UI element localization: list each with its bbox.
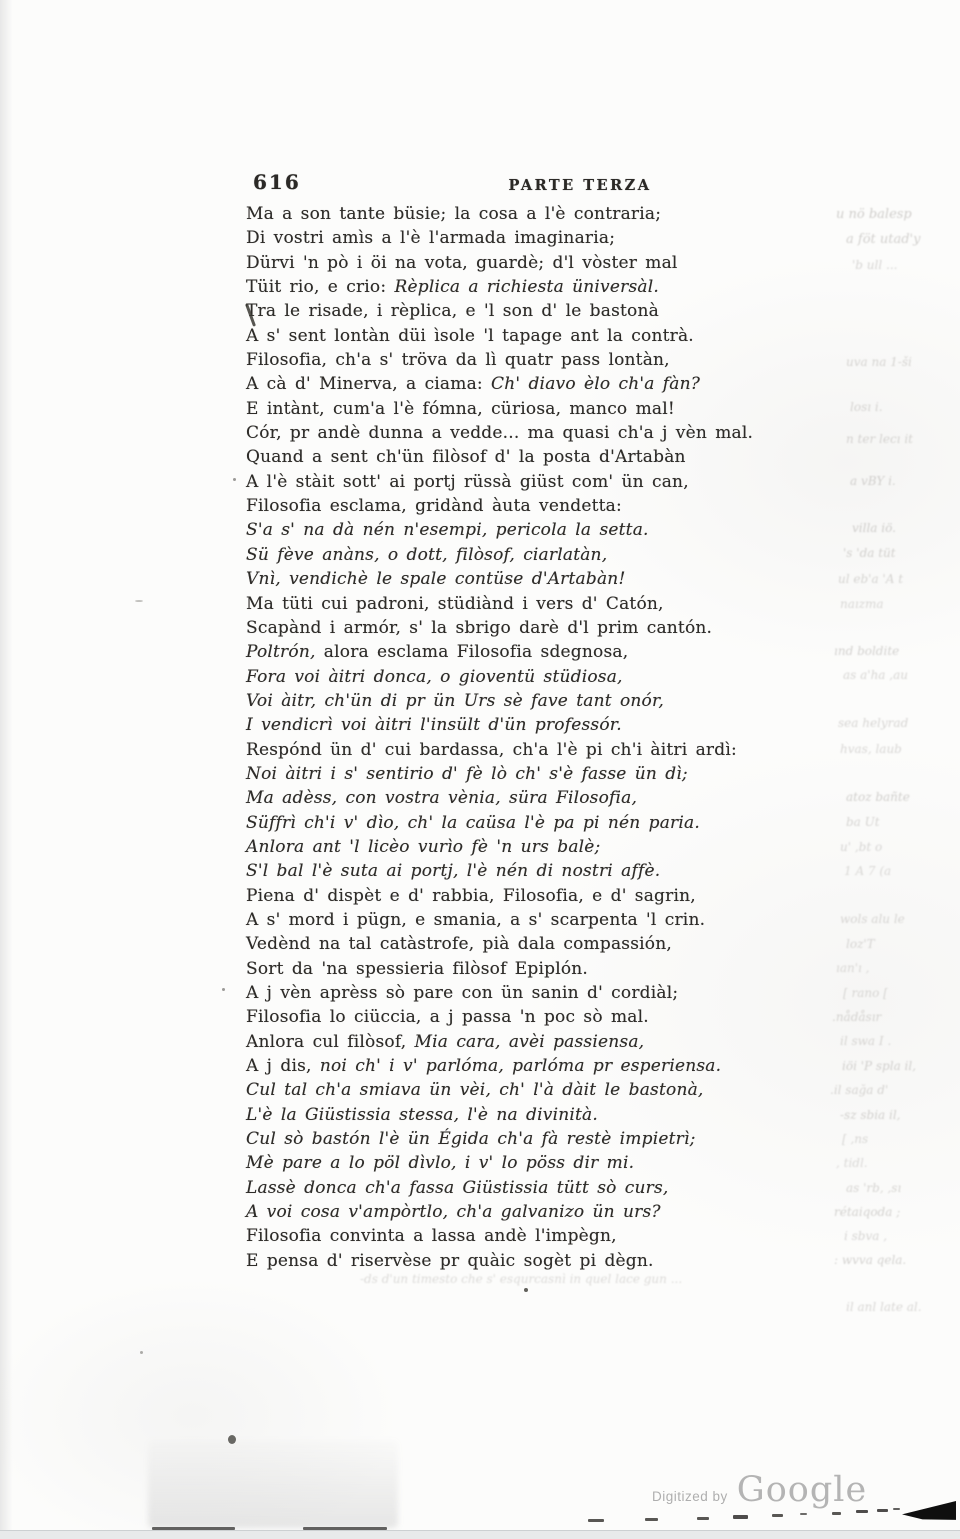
poem-segment-italic: S'l bal l'è suta ai portj, l'è nén di no… [246,861,660,881]
poem-line: A s' sent lontàn düi ìsole 'l tapage ant… [246,324,886,348]
poem-line: Vnì, vendichè le spale contüse d'Artabàn… [246,567,886,591]
ink-speck [524,1288,528,1292]
poem-segment: A j vèn aprèss sò pare con ün sanin d' c… [246,983,678,1003]
ink-speck [222,988,225,991]
poem-line: Scapànd i armór, s' la sbrigo darè d'l p… [246,616,886,640]
poem-line: A s' mord i pügn, e smania, a s' scarpen… [246,908,886,932]
scan-dash-mark [832,1512,841,1515]
poem-segment: Cór, pr andè dunna a vedde... ma quasi c… [246,423,753,443]
poem-line: A j dis, noi ch' i v' parlóma, parlóma p… [246,1054,886,1078]
poem-line: Fora voi àitri donca, o gioventü stüdios… [246,665,886,689]
page-edge-shading [0,0,14,1539]
poem-line: Vedènd na tal catàstrofe, pià dala compa… [246,932,886,956]
poem-line: L'è la Giüstissia stessa, l'è na divinit… [246,1103,886,1127]
poem-line: Tra le risade, i rèplica, e 'l son d' le… [246,299,886,323]
poem-line: A cà d' Minerva, a ciama: Ch' diavo èlo … [246,372,886,396]
poem-segment-italic: Voi àitr, ch'ün di pr ün Urs sè fave tan… [246,691,664,711]
poem-segment-italic: Süffrì ch'i v' dìo, ch' la caüsa l'è pa … [246,813,700,833]
poem-line: Mè pare a lo pöl dìvlo, i v' lo pöss dir… [246,1151,886,1175]
poem-segment-italic: Sü fève anàns, o dott, filòsof, ciarlatà… [246,545,607,565]
poem-segment-italic: Mè pare a lo pöl dìvlo, i v' lo pöss dir… [246,1153,634,1173]
ink-speck [135,600,143,602]
poem-line: E pensa d' riservèse pr quàic sogèt pi d… [246,1249,886,1273]
poem-line: Tüit rio, e crio: Rèplica a richiesta ün… [246,275,886,299]
poem-line: E intànt, cum'a l'è fómna, cüriosa, manc… [246,397,886,421]
poem-segment-italic: Cul tal ch'a smiava ün vèi, ch' l'à dàit… [246,1080,704,1100]
poem-line: Dürvi 'n pò i öi na vota, guardè; d'l vò… [246,251,886,275]
poem-segment: Dürvi 'n pò i öi na vota, guardè; d'l vò… [246,253,678,273]
poem-segment-italic: Lassè donca ch'a fassa Giüstissia tütt s… [246,1178,668,1198]
poem-line: Cul sò bastón l'è ün Égida ch'a fà restè… [246,1127,886,1151]
digitized-by-label: Digitized by [652,1489,728,1504]
poem-line: Filosofia, ch'a s' tröva da lì quatr pas… [246,348,886,372]
poem-line: Poltrón, alora esclama Filosofia sdegnos… [246,640,886,664]
poem-text-block: Ma a son tante büsie; la cosa a l'è cont… [246,202,886,1273]
poem-segment: E pensa d' riservèse pr quàic sogèt pi d… [246,1251,654,1271]
poem-line: Di vostri amìs a l'è l'armada imaginaria… [246,226,886,250]
poem-line: I vendicrì voi àitri l'insült d'ün profe… [246,713,886,737]
poem-segment: Di vostri amìs a l'è l'armada imaginaria… [246,228,615,248]
poem-line: Filosofia esclama, gridànd àuta vendetta… [246,494,886,518]
poem-line: Ma a son tante büsie; la cosa a l'è cont… [246,202,886,226]
poem-line: Anlora ant 'l licèo vurìo fè 'n urs balè… [246,835,886,859]
scanned-book-page: 616 PARTE TERZA Ma a son tante büsie; la… [0,0,960,1539]
poem-segment-italic: Rèplica a richiesta üniversàl. [394,277,658,297]
poem-segment-italic: Noi àitri i s' sentirio d' fè lò ch' s'è… [246,764,688,784]
poem-segment: A s' sent lontàn düi ìsole 'l tapage ant… [246,326,694,346]
poem-segment-italic: Ch' diavo èlo ch'a fàn? [491,374,700,394]
poem-line: A voi cosa v'ampòrtlo, ch'a galvanizo ün… [246,1200,886,1224]
poem-line: Sü fève anàns, o dott, filòsof, ciarlatà… [246,543,886,567]
poem-segment-italic: L'è la Giüstissia stessa, l'è na divinit… [246,1105,598,1125]
scan-dash-mark [645,1518,658,1521]
poem-segment-italic: Vnì, vendichè le spale contüse d'Artabàn… [246,569,625,589]
poem-segment: Ma tüti cui padroni, stüdiànd i vers d' … [246,594,664,614]
poem-segment: Anlora cul filòsof, [246,1032,415,1052]
next-page-edge-band [0,1530,960,1539]
poem-segment: Tüit rio, e crio: [246,277,394,297]
ink-speck [140,1351,143,1354]
poem-segment: Quand a sent ch'ün filòsof d' la posta d… [246,447,686,467]
poem-segment: Vedènd na tal catàstrofe, pià dala compa… [246,934,672,954]
poem-segment: A s' mord i pügn, e smania, a s' scarpen… [246,910,705,930]
poem-line: Anlora cul filòsof, Mia cara, avèi passi… [246,1030,886,1054]
poem-segment: Piena d' dispèt e d' rabbia, Filosofia, … [246,886,696,906]
scan-shadow-blob [148,1440,398,1528]
bleed-through-text: il anl late al. [846,1300,922,1314]
scan-dash-mark [772,1514,783,1517]
poem-line: Respónd ün d' cui bardassa, ch'a l'è pi … [246,738,886,762]
scan-dash-mark [893,1508,900,1510]
poem-line: A j vèn aprèss sò pare con ün sanin d' c… [246,981,886,1005]
poem-segment-italic: Poltrón, [246,642,316,662]
poem-line: Cór, pr andè dunna a vedde... ma quasi c… [246,421,886,445]
poem-line: Sort da 'na spessieria filòsof Epiplón. [246,957,886,981]
poem-segment: Sort da 'na spessieria filòsof Epiplón. [246,959,588,979]
scan-dash-mark [856,1510,868,1513]
poem-segment-italic: noi ch' i v' parlóma, parlóma pr esperie… [320,1056,721,1076]
poem-segment: Filosofia convinta a lassa andè l'impègn… [246,1226,617,1246]
poem-line: Ma tüti cui padroni, stüdiànd i vers d' … [246,592,886,616]
ink-speck [233,478,236,481]
poem-line: S'l bal l'è suta ai portj, l'è nén di no… [246,859,886,883]
poem-line: Filosofia lo ciüccia, a j passa 'n poc s… [246,1005,886,1029]
running-title: PARTE TERZA [500,177,660,194]
poem-line: Voi àitr, ch'ün di pr ün Urs sè fave tan… [246,689,886,713]
poem-segment-italic: Anlora ant 'l licèo vurìo fè 'n urs balè… [246,837,600,857]
poem-segment: Ma a son tante büsie; la cosa a l'è cont… [246,204,661,224]
page-number: 616 [253,170,301,194]
scan-wedge-mark [902,1501,956,1524]
poem-line: Cul tal ch'a smiava ün vèi, ch' l'à dàit… [246,1078,886,1102]
poem-segment-italic: Ma adèss, con vostra vènia, süra Filosof… [246,788,637,808]
poem-line: Ma adèss, con vostra vènia, süra Filosof… [246,786,886,810]
poem-segment: Respónd ün d' cui bardassa, ch'a l'è pi … [246,740,737,760]
poem-line: Quand a sent ch'ün filòsof d' la posta d… [246,445,886,469]
poem-line: S'a s' na dà nén n'esempi, pericola la s… [246,518,886,542]
poem-line: Noi àitri i s' sentirio d' fè lò ch' s'è… [246,762,886,786]
poem-segment: E intànt, cum'a l'è fómna, cüriosa, manc… [246,399,675,419]
scan-dash-mark [697,1517,709,1520]
poem-segment: Scapànd i armór, s' la sbrigo darè d'l p… [246,618,712,638]
google-watermark: Digitized by Google [652,1470,867,1510]
scan-dash-mark [733,1515,748,1519]
poem-line: Lassè donca ch'a fassa Giüstissia tütt s… [246,1176,886,1200]
poem-segment: A j dis, [246,1056,320,1076]
poem-segment-italic: I vendicrì voi àitri l'insült d'ün profe… [246,715,622,735]
poem-line: Filosofia convinta a lassa andè l'impègn… [246,1224,886,1248]
bleed-through-text: -ds d'un timesto che s' esqurcasnì in qu… [360,1272,682,1286]
poem-segment: A l'è stàit sott' ai portj rüssà giüst c… [246,472,689,492]
poem-segment: A cà d' Minerva, a ciama: [246,374,491,394]
poem-segment-italic: Fora voi àitri donca, o gioventü stüdios… [246,667,623,687]
poem-segment: alora esclama Filosofia sdegnosa, [316,642,629,662]
scan-dash-mark [877,1509,888,1512]
poem-line: A l'è stàit sott' ai portj rüssà giüst c… [246,470,886,494]
google-logo: Google [737,1470,867,1510]
poem-line: Piena d' dispèt e d' rabbia, Filosofia, … [246,884,886,908]
scan-dash-mark [588,1519,604,1522]
scan-dash-mark [800,1513,807,1515]
poem-segment-italic: S'a s' na dà nén n'esempi, pericola la s… [246,520,649,540]
poem-segment: Filosofia lo ciüccia, a j passa 'n poc s… [246,1007,649,1027]
poem-segment: Filosofia, ch'a s' tröva da lì quatr pas… [246,350,670,370]
poem-segment-italic: Cul sò bastón l'è ün Égida ch'a fà restè… [246,1129,696,1149]
poem-segment-italic: Mia cara, avèi passiensa, [415,1032,645,1052]
poem-line: Süffrì ch'i v' dìo, ch' la caüsa l'è pa … [246,811,886,835]
poem-segment: Filosofia esclama, gridànd àuta vendetta… [246,496,622,516]
poem-segment-italic: A voi cosa v'ampòrtlo, ch'a galvanizo ün… [246,1202,661,1222]
poem-segment: Tra le risade, i rèplica, e 'l son d' le… [246,301,659,321]
